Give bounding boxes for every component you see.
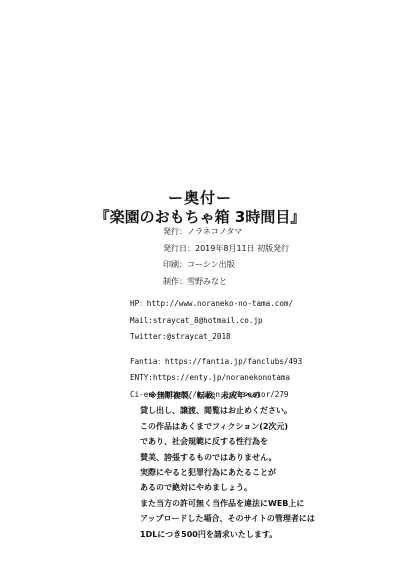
notice-line: 1DLにつき500円を請求いたします。 xyxy=(140,527,315,542)
spacer xyxy=(130,346,302,354)
credit-separator: ： xyxy=(179,227,187,236)
credit-separator: ： xyxy=(179,277,187,286)
notice-line: アップロードした場合、そのサイトの管理者には xyxy=(140,511,315,526)
credit-value: コーシン出版 xyxy=(187,260,235,269)
colophon-heading: ー奥付ー xyxy=(0,187,400,208)
credit-separator: ： xyxy=(187,244,195,253)
link-separator: ： xyxy=(157,357,165,366)
credit-value: ノラネコノタマ xyxy=(187,227,242,236)
link-label: ENTY xyxy=(130,373,148,382)
credits-block: 発行：ノラネコノタマ 発行日：2019年8月11日 初版発行 印刷：コーシン出版… xyxy=(163,224,289,290)
notice-line: 賛美、誇張するものではありません。 xyxy=(140,450,315,465)
link-email: straycat_8@hotmail.co.jp xyxy=(153,316,263,325)
link-enty: ENTY:https://enty.jp/noranekonotama xyxy=(130,370,302,387)
notice-line: あるので絶対にやめましょう。 xyxy=(140,480,315,495)
credit-label: 印刷 xyxy=(163,260,179,269)
notice-line: ※無断複製、転載、未成年への xyxy=(140,388,315,403)
notice-line: また当方の許可無く当作品を違法にWEB上に xyxy=(140,496,315,511)
link-twitter: Twitter:@straycat_2018 xyxy=(130,329,302,346)
link-url: https://fantia.jp/fanclubs/493 xyxy=(165,357,302,366)
notice-line: 実際にやると犯罪行為にあたることが xyxy=(140,465,315,480)
credit-value: 2019年8月11日 初版発行 xyxy=(195,244,289,253)
link-label: Mail xyxy=(130,316,148,325)
legal-notice: ※無断複製、転載、未成年への 貸し出し、譲渡、閲覧はお止めください。 この作品は… xyxy=(140,388,315,542)
credit-value: 雪野みなと xyxy=(187,277,227,286)
link-hp: HP：http://www.noraneko-no-tama.com/ xyxy=(130,296,302,313)
credit-label: 発行 xyxy=(163,227,179,236)
credit-publish-date: 発行日：2019年8月11日 初版発行 xyxy=(163,241,289,258)
link-handle: @straycat_2018 xyxy=(167,332,231,341)
credit-printer: 印刷：コーシン出版 xyxy=(163,257,289,274)
link-label: Fantia xyxy=(130,357,157,366)
credit-label: 発行日 xyxy=(163,244,187,253)
colophon-page: ー奥付ー 『楽園のおもちゃ箱 3時間目』 発行：ノラネコノタマ 発行日：2019… xyxy=(0,0,400,565)
credit-production: 制作：雪野みなと xyxy=(163,274,289,291)
link-fantia: Fantia：https://fantia.jp/fanclubs/493 xyxy=(130,354,302,371)
link-label: HP xyxy=(130,299,139,308)
link-separator: ： xyxy=(139,299,147,308)
credit-separator: ： xyxy=(179,260,187,269)
notice-line: この作品はあくまでフィクション(2次元) xyxy=(140,419,315,434)
notice-line: 貸し出し、譲渡、閲覧はお止めください。 xyxy=(140,403,315,418)
notice-line: であり、社会規範に反する性行為を xyxy=(140,434,315,449)
link-mail: Mail:straycat_8@hotmail.co.jp xyxy=(130,313,302,330)
credit-publisher: 発行：ノラネコノタマ xyxy=(163,224,289,241)
link-label: Twitter xyxy=(130,332,162,341)
credit-label: 制作 xyxy=(163,277,179,286)
link-url: https://enty.jp/noranekonotama xyxy=(153,373,290,382)
link-url: http://www.noraneko-no-tama.com/ xyxy=(147,299,293,308)
